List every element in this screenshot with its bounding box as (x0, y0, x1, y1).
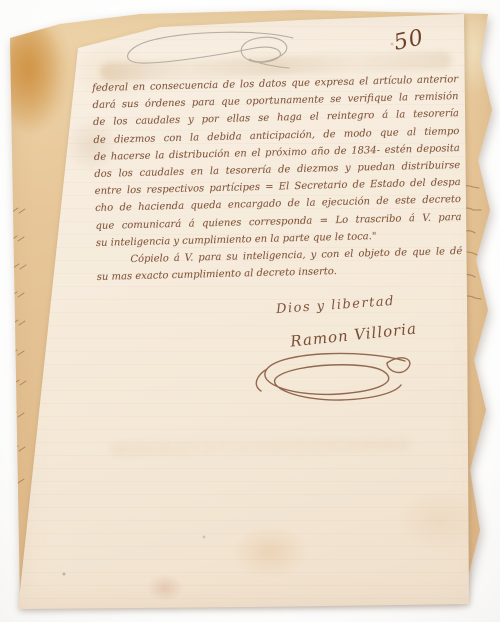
closing-dios-y-libertad: Dios y libertad (276, 294, 396, 317)
bleed-through-writing (110, 437, 410, 456)
photo-background: · · · 50 federal en consecuencia de los … (0, 0, 500, 622)
pencil-dots: · · · (36, 45, 85, 55)
letter-body: federal en consecuencia de los datos que… (92, 71, 463, 286)
signature-name: Ramon Villoria (289, 319, 417, 350)
paper-shadow-wrap: · · · 50 federal en consecuencia de los … (0, 0, 500, 622)
signature-rubric-flourish (237, 351, 419, 409)
manuscript-page: · · · 50 federal en consecuencia de los … (0, 0, 500, 622)
